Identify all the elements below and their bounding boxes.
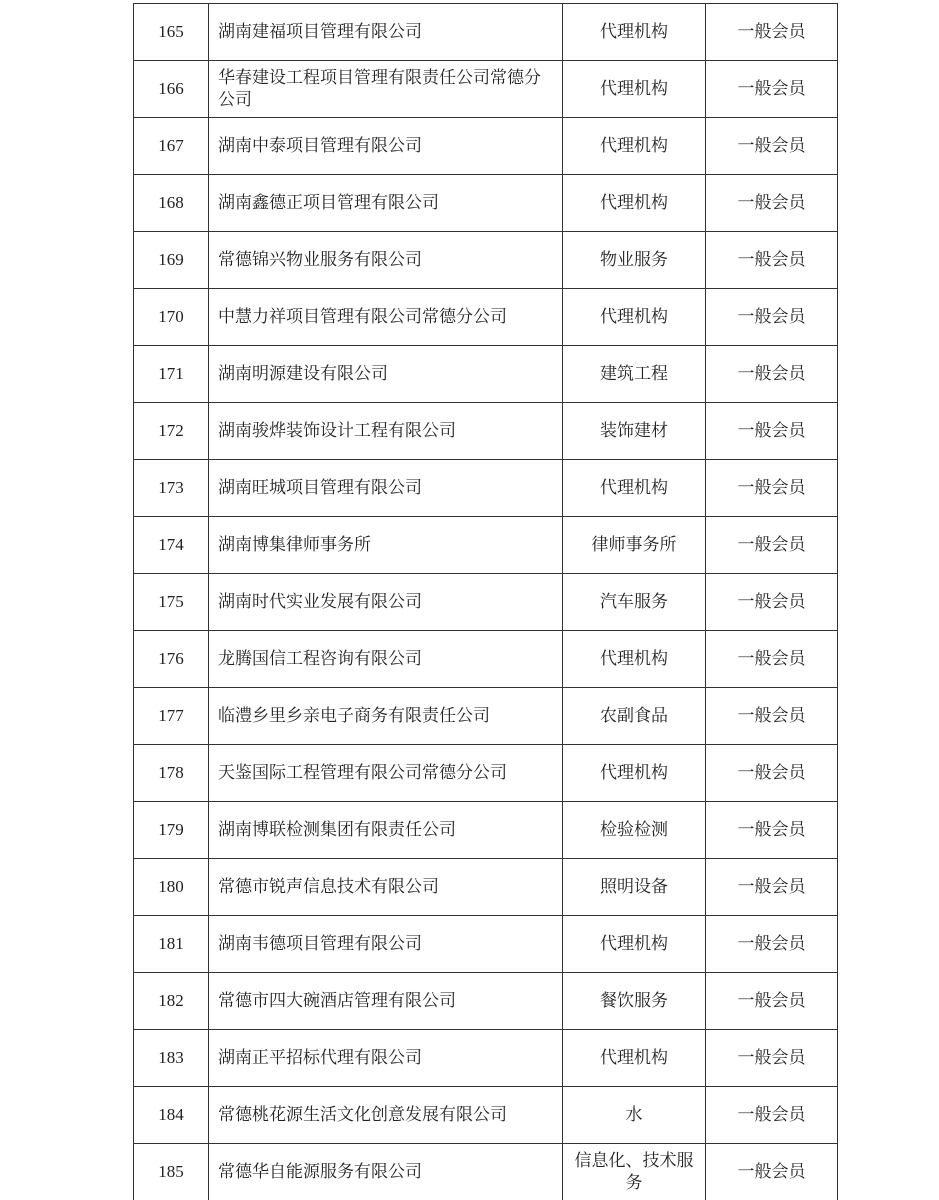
industry-category-cell: 律师事务所 (563, 517, 706, 574)
member-number-cell: 168 (134, 175, 209, 232)
company-name: 湖南骏烨装饰设计工程有限公司 (218, 420, 456, 442)
table-row: 171湖南明源建设有限公司建筑工程一般会员 (134, 346, 838, 403)
company-name: 湖南正平招标代理有限公司 (218, 1047, 422, 1069)
company-name-cell: 湖南旺城项目管理有限公司 (209, 460, 563, 517)
industry-category: 汽车服务 (600, 591, 668, 613)
company-name-cell: 湖南骏烨装饰设计工程有限公司 (209, 403, 563, 460)
member-table-body: 165湖南建福项目管理有限公司代理机构一般会员166华春建设工程项目管理有限责任… (134, 4, 838, 1200)
member-number-cell: 165 (134, 4, 209, 61)
membership-level: 一般会员 (738, 876, 806, 898)
member-number: 173 (158, 477, 184, 499)
industry-category-cell: 代理机构 (563, 4, 706, 61)
table-row: 178天鉴国际工程管理有限公司常德分公司代理机构一般会员 (134, 745, 838, 802)
member-number-cell: 171 (134, 346, 209, 403)
table-row: 182常德市四大碗酒店管理有限公司餐饮服务一般会员 (134, 973, 838, 1030)
industry-category-cell: 代理机构 (563, 1030, 706, 1087)
industry-category: 代理机构 (600, 21, 668, 43)
table-row: 168湖南鑫德正项目管理有限公司代理机构一般会员 (134, 175, 838, 232)
company-name-cell: 常德华自能源服务有限公司 (209, 1144, 563, 1200)
membership-level: 一般会员 (738, 933, 806, 955)
company-name-cell: 华春建设工程项目管理有限责任公司常德分公司 (209, 61, 563, 118)
membership-level-cell: 一般会员 (706, 346, 838, 403)
membership-level: 一般会员 (738, 21, 806, 43)
membership-level: 一般会员 (738, 420, 806, 442)
membership-level-cell: 一般会员 (706, 973, 838, 1030)
member-number-cell: 175 (134, 574, 209, 631)
company-name: 湖南时代实业发展有限公司 (218, 591, 422, 613)
membership-level-cell: 一般会员 (706, 232, 838, 289)
industry-category: 物业服务 (600, 249, 668, 271)
company-name: 天鉴国际工程管理有限公司常德分公司 (218, 762, 507, 784)
table-row: 169常德锦兴物业服务有限公司物业服务一般会员 (134, 232, 838, 289)
company-name-cell: 湖南明源建设有限公司 (209, 346, 563, 403)
company-name-cell: 湖南鑫德正项目管理有限公司 (209, 175, 563, 232)
member-number-cell: 179 (134, 802, 209, 859)
company-name-cell: 常德桃花源生活文化创意发展有限公司 (209, 1087, 563, 1144)
industry-category: 代理机构 (600, 135, 668, 157)
member-number: 166 (158, 78, 184, 100)
industry-category: 律师事务所 (592, 534, 677, 556)
membership-level: 一般会员 (738, 306, 806, 328)
member-number: 174 (158, 534, 184, 556)
member-number: 184 (158, 1104, 184, 1126)
membership-level: 一般会员 (738, 135, 806, 157)
company-name-cell: 湖南中泰项目管理有限公司 (209, 118, 563, 175)
member-number-cell: 174 (134, 517, 209, 574)
industry-category: 照明设备 (600, 876, 668, 898)
industry-category-cell: 代理机构 (563, 289, 706, 346)
company-name-cell: 常德市锐声信息技术有限公司 (209, 859, 563, 916)
membership-level-cell: 一般会员 (706, 4, 838, 61)
company-name: 龙腾国信工程咨询有限公司 (218, 648, 422, 670)
table-row: 174湖南博集律师事务所律师事务所一般会员 (134, 517, 838, 574)
member-number: 165 (158, 21, 184, 43)
company-name: 湖南博集律师事务所 (218, 534, 371, 556)
membership-level: 一般会员 (738, 591, 806, 613)
member-number: 181 (158, 933, 184, 955)
membership-level: 一般会员 (738, 648, 806, 670)
industry-category-cell: 照明设备 (563, 859, 706, 916)
membership-level-cell: 一般会员 (706, 403, 838, 460)
membership-level-cell: 一般会员 (706, 916, 838, 973)
company-name-cell: 湖南正平招标代理有限公司 (209, 1030, 563, 1087)
company-name: 湖南韦德项目管理有限公司 (218, 933, 422, 955)
company-name: 常德市锐声信息技术有限公司 (218, 876, 439, 898)
member-number: 180 (158, 876, 184, 898)
membership-level-cell: 一般会员 (706, 859, 838, 916)
company-name: 湖南鑫德正项目管理有限公司 (218, 192, 439, 214)
table-row: 185常德华自能源服务有限公司信息化、技术服务一般会员 (134, 1144, 838, 1200)
industry-category-cell: 水 (563, 1087, 706, 1144)
member-number-cell: 170 (134, 289, 209, 346)
member-number: 167 (158, 135, 184, 157)
member-number: 185 (158, 1161, 184, 1183)
table-row: 184常德桃花源生活文化创意发展有限公司水一般会员 (134, 1087, 838, 1144)
company-name: 湖南明源建设有限公司 (218, 363, 388, 385)
industry-category: 建筑工程 (600, 363, 668, 385)
company-name-cell: 湖南建福项目管理有限公司 (209, 4, 563, 61)
member-number: 171 (158, 363, 184, 385)
industry-category-cell: 农副食品 (563, 688, 706, 745)
membership-level-cell: 一般会员 (706, 289, 838, 346)
member-number: 175 (158, 591, 184, 613)
industry-category-cell: 物业服务 (563, 232, 706, 289)
industry-category: 代理机构 (600, 477, 668, 499)
membership-level-cell: 一般会员 (706, 688, 838, 745)
table-row: 173湖南旺城项目管理有限公司代理机构一般会员 (134, 460, 838, 517)
company-name: 中慧力祥项目管理有限公司常德分公司 (218, 306, 507, 328)
member-table: 165湖南建福项目管理有限公司代理机构一般会员166华春建设工程项目管理有限责任… (133, 3, 838, 1200)
industry-category: 餐饮服务 (600, 990, 668, 1012)
member-number-cell: 166 (134, 61, 209, 118)
membership-level: 一般会员 (738, 1161, 806, 1183)
industry-category-cell: 餐饮服务 (563, 973, 706, 1030)
member-number-cell: 172 (134, 403, 209, 460)
member-number-cell: 167 (134, 118, 209, 175)
industry-category: 代理机构 (600, 78, 668, 100)
membership-level: 一般会员 (738, 990, 806, 1012)
industry-category: 农副食品 (600, 705, 668, 727)
membership-level-cell: 一般会员 (706, 460, 838, 517)
membership-level: 一般会员 (738, 192, 806, 214)
table-row: 179湖南博联检测集团有限责任公司检验检测一般会员 (134, 802, 838, 859)
membership-level-cell: 一般会员 (706, 631, 838, 688)
member-number: 170 (158, 306, 184, 328)
membership-level-cell: 一般会员 (706, 802, 838, 859)
company-name: 常德市四大碗酒店管理有限公司 (218, 990, 456, 1012)
company-name-cell: 常德市四大碗酒店管理有限公司 (209, 973, 563, 1030)
member-number-cell: 184 (134, 1087, 209, 1144)
membership-level-cell: 一般会员 (706, 745, 838, 802)
industry-category-cell: 代理机构 (563, 460, 706, 517)
company-name: 湖南旺城项目管理有限公司 (218, 477, 422, 499)
member-number: 177 (158, 705, 184, 727)
industry-category: 代理机构 (600, 762, 668, 784)
company-name-cell: 天鉴国际工程管理有限公司常德分公司 (209, 745, 563, 802)
membership-level: 一般会员 (738, 705, 806, 727)
member-number: 178 (158, 762, 184, 784)
industry-category-cell: 检验检测 (563, 802, 706, 859)
industry-category-cell: 汽车服务 (563, 574, 706, 631)
company-name: 湖南建福项目管理有限公司 (218, 21, 422, 43)
industry-category: 代理机构 (600, 192, 668, 214)
table-row: 170中慧力祥项目管理有限公司常德分公司代理机构一般会员 (134, 289, 838, 346)
membership-level: 一般会员 (738, 534, 806, 556)
membership-level-cell: 一般会员 (706, 1030, 838, 1087)
industry-category-cell: 代理机构 (563, 916, 706, 973)
member-number-cell: 183 (134, 1030, 209, 1087)
industry-category: 检验检测 (600, 819, 668, 841)
table-row: 183湖南正平招标代理有限公司代理机构一般会员 (134, 1030, 838, 1087)
membership-level: 一般会员 (738, 78, 806, 100)
membership-level-cell: 一般会员 (706, 517, 838, 574)
member-number-cell: 181 (134, 916, 209, 973)
company-name: 华春建设工程项目管理有限责任公司常德分公司 (218, 67, 552, 111)
membership-level-cell: 一般会员 (706, 175, 838, 232)
member-number: 179 (158, 819, 184, 841)
member-number: 172 (158, 420, 184, 442)
member-number-cell: 169 (134, 232, 209, 289)
company-name: 湖南博联检测集团有限责任公司 (218, 819, 456, 841)
industry-category-cell: 代理机构 (563, 175, 706, 232)
membership-level: 一般会员 (738, 1104, 806, 1126)
membership-level: 一般会员 (738, 249, 806, 271)
company-name-cell: 常德锦兴物业服务有限公司 (209, 232, 563, 289)
industry-category: 代理机构 (600, 1047, 668, 1069)
industry-category: 装饰建材 (600, 420, 668, 442)
membership-level-cell: 一般会员 (706, 118, 838, 175)
company-name: 常德华自能源服务有限公司 (218, 1161, 422, 1183)
member-number-cell: 182 (134, 973, 209, 1030)
company-name-cell: 龙腾国信工程咨询有限公司 (209, 631, 563, 688)
industry-category-cell: 建筑工程 (563, 346, 706, 403)
member-number: 182 (158, 990, 184, 1012)
membership-level-cell: 一般会员 (706, 1087, 838, 1144)
industry-category-cell: 信息化、技术服务 (563, 1144, 706, 1200)
membership-level: 一般会员 (738, 762, 806, 784)
member-number-cell: 180 (134, 859, 209, 916)
table-row: 180常德市锐声信息技术有限公司照明设备一般会员 (134, 859, 838, 916)
company-name: 常德桃花源生活文化创意发展有限公司 (218, 1104, 507, 1126)
member-number-cell: 173 (134, 460, 209, 517)
table-row: 176龙腾国信工程咨询有限公司代理机构一般会员 (134, 631, 838, 688)
industry-category-cell: 装饰建材 (563, 403, 706, 460)
industry-category-cell: 代理机构 (563, 631, 706, 688)
membership-level: 一般会员 (738, 819, 806, 841)
industry-category: 水 (626, 1104, 643, 1126)
table-row: 166华春建设工程项目管理有限责任公司常德分公司代理机构一般会员 (134, 61, 838, 118)
industry-category-cell: 代理机构 (563, 745, 706, 802)
member-number-cell: 177 (134, 688, 209, 745)
company-name-cell: 湖南时代实业发展有限公司 (209, 574, 563, 631)
industry-category: 信息化、技术服务 (569, 1150, 699, 1194)
member-number: 169 (158, 249, 184, 271)
company-name-cell: 湖南博集律师事务所 (209, 517, 563, 574)
table-row: 177临澧乡里乡亲电子商务有限责任公司农副食品一般会员 (134, 688, 838, 745)
member-number-cell: 185 (134, 1144, 209, 1200)
membership-level: 一般会员 (738, 477, 806, 499)
industry-category-cell: 代理机构 (563, 61, 706, 118)
table-row: 172湖南骏烨装饰设计工程有限公司装饰建材一般会员 (134, 403, 838, 460)
membership-level-cell: 一般会员 (706, 574, 838, 631)
company-name: 临澧乡里乡亲电子商务有限责任公司 (218, 705, 490, 727)
membership-level: 一般会员 (738, 1047, 806, 1069)
industry-category-cell: 代理机构 (563, 118, 706, 175)
company-name-cell: 湖南韦德项目管理有限公司 (209, 916, 563, 973)
industry-category: 代理机构 (600, 933, 668, 955)
member-number-cell: 176 (134, 631, 209, 688)
table-row: 167湖南中泰项目管理有限公司代理机构一般会员 (134, 118, 838, 175)
company-name-cell: 中慧力祥项目管理有限公司常德分公司 (209, 289, 563, 346)
member-number: 176 (158, 648, 184, 670)
company-name: 湖南中泰项目管理有限公司 (218, 135, 422, 157)
company-name-cell: 临澧乡里乡亲电子商务有限责任公司 (209, 688, 563, 745)
membership-level-cell: 一般会员 (706, 61, 838, 118)
company-name: 常德锦兴物业服务有限公司 (218, 249, 422, 271)
member-number-cell: 178 (134, 745, 209, 802)
membership-level-cell: 一般会员 (706, 1144, 838, 1200)
table-row: 175湖南时代实业发展有限公司汽车服务一般会员 (134, 574, 838, 631)
membership-level: 一般会员 (738, 363, 806, 385)
industry-category: 代理机构 (600, 648, 668, 670)
table-row: 165湖南建福项目管理有限公司代理机构一般会员 (134, 4, 838, 61)
table-row: 181湖南韦德项目管理有限公司代理机构一般会员 (134, 916, 838, 973)
member-number: 183 (158, 1047, 184, 1069)
industry-category: 代理机构 (600, 306, 668, 328)
company-name-cell: 湖南博联检测集团有限责任公司 (209, 802, 563, 859)
member-number: 168 (158, 192, 184, 214)
